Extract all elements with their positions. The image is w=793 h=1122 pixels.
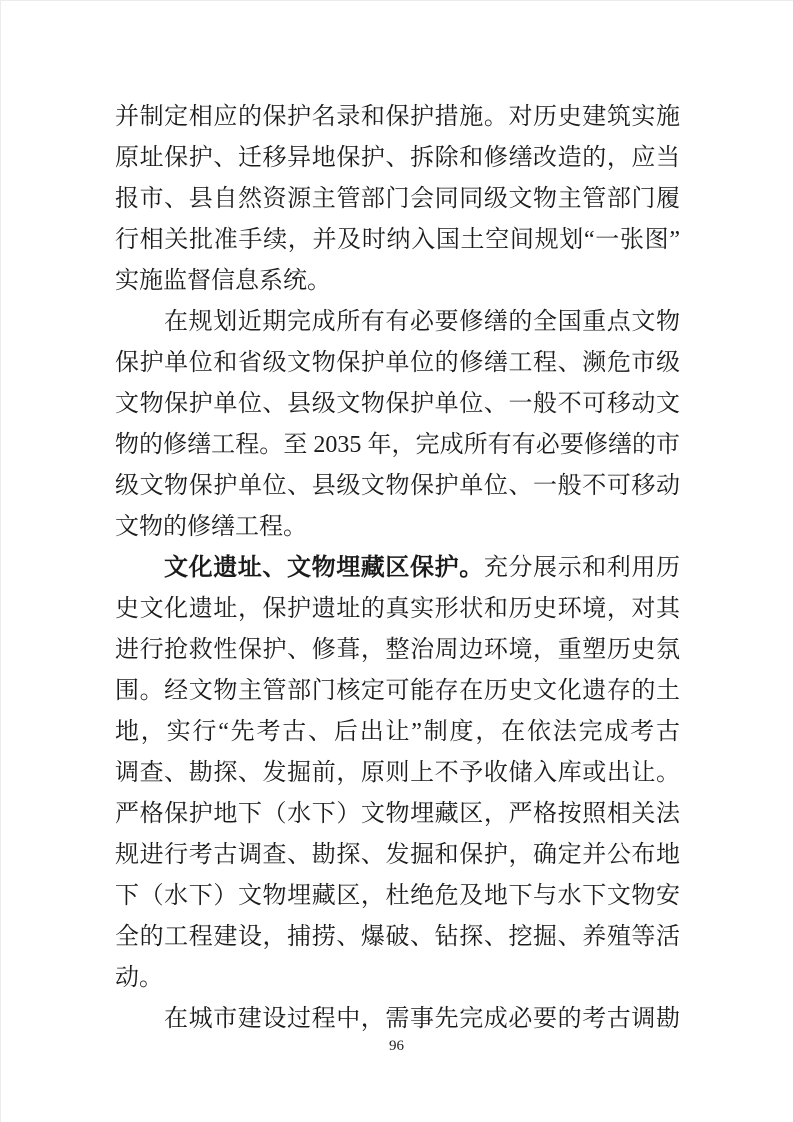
text-line: 在城市建设过程中，需事先完成必要的考古调勘 xyxy=(115,999,680,1040)
text-line: 报市、县自然资源主管部门会同同级文物主管部门履 xyxy=(115,179,680,220)
text-line: 实施监督信息系统。 xyxy=(115,261,680,302)
text-line: 规进行考古调查、勘探、发掘和保护，确定并公布地 xyxy=(115,835,680,876)
text-line: 级文物保护单位、县级文物保护单位、一般不可移动 xyxy=(115,466,680,507)
text-line: 调查、勘探、发掘前，原则上不予收储入库或出让。 xyxy=(115,753,680,794)
section-heading-bold: 文化遗址、文物埋藏区保护。 xyxy=(164,555,484,581)
text-line: 下（水下）文物埋藏区，杜绝危及地下与水下文物安 xyxy=(115,876,680,917)
text-line: 围。经文物主管部门核定可能存在历史文化遗存的土 xyxy=(115,671,680,712)
text-line: 文物的修缮工程。 xyxy=(115,507,680,548)
page-number: 96 xyxy=(0,1036,793,1056)
text-line: 全的工程建设，捕捞、爆破、钻探、挖掘、养殖等活 xyxy=(115,917,680,958)
text-line: 保护单位和省级文物保护单位的修缮工程、濒危市级 xyxy=(115,343,680,384)
text-line: 原址保护、迁移异地保护、拆除和修缮改造的，应当 xyxy=(115,138,680,179)
document-page: 并制定相应的保护名录和保护措施。对历史建筑实施原址保护、迁移异地保护、拆除和修缮… xyxy=(0,0,793,1122)
text-line: 行相关批准手续，并及时纳入国土空间规划“一张图” xyxy=(115,220,680,261)
text-line: 文物保护单位、县级文物保护单位、一般不可移动文 xyxy=(115,384,680,425)
text-line: 进行抢救性保护、修葺，整治周边环境，重塑历史氛 xyxy=(115,630,680,671)
text-line: 地，实行“先考古、后出让”制度，在依法完成考古 xyxy=(115,712,680,753)
text-line: 文化遗址、文物埋藏区保护。充分展示和利用历 xyxy=(115,548,680,589)
text-line: 在规划近期完成所有有必要修缮的全国重点文物 xyxy=(115,302,680,343)
text-line: 并制定相应的保护名录和保护措施。对历史建筑实施 xyxy=(115,97,680,138)
text-line: 物的修缮工程。至 2035 年，完成所有有必要修缮的市 xyxy=(115,425,680,466)
text-line: 动。 xyxy=(115,958,680,999)
text-line: 史文化遗址，保护遗址的真实形状和历史环境，对其 xyxy=(115,589,680,630)
text-line: 严格保护地下（水下）文物埋藏区，严格按照相关法 xyxy=(115,794,680,835)
text-block: 并制定相应的保护名录和保护措施。对历史建筑实施原址保护、迁移异地保护、拆除和修缮… xyxy=(115,97,680,1040)
